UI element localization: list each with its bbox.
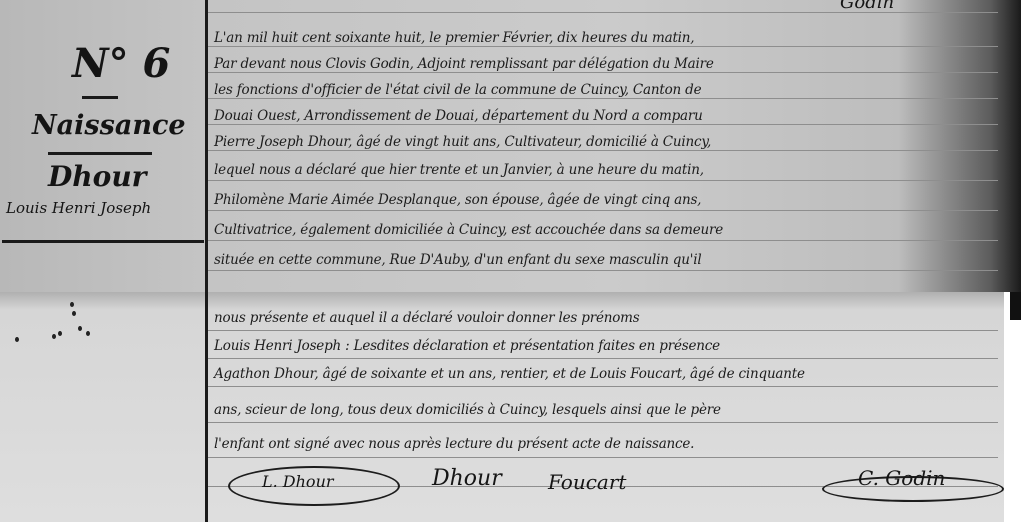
ruled-line [208,98,998,99]
ruled-line [208,180,998,181]
body-line: Louis Henri Joseph : Lesdites déclaratio… [214,338,720,354]
body-line: nous présente et auquel il a déclaré vou… [214,310,640,326]
register-page: N° 6 Naissance Dhour Louis Henri Joseph … [0,0,1021,522]
signature-foucart: Foucart [548,470,626,494]
body-line: l'enfant ont signé avec nous après lectu… [214,436,694,452]
body-line: ans, scieur de long, tous deux domicilié… [214,402,721,418]
ruled-line [208,330,998,331]
ruled-line [208,72,998,73]
signature-dhour: Dhour [432,466,502,491]
divider [48,152,152,155]
body-line: Par devant nous Clovis Godin, Adjoint re… [214,56,714,72]
body-line: Philomène Marie Aimée Desplanque, son ép… [214,192,701,208]
act-type: Naissance [32,110,186,141]
body-line: Agathon Dhour, âgé de soixante et un ans… [214,366,805,382]
body-line: lequel nous a déclaré que hier trente et… [214,162,704,178]
margin-divider [2,240,204,243]
child-given-names: Louis Henri Joseph [6,199,151,217]
body-line: Pierre Joseph Dhour, âgé de vingt huit a… [214,134,711,150]
margin-annotation: N° 6 Naissance Dhour Louis Henri Joseph [0,0,205,292]
ruled-line [208,422,998,423]
ruled-line [208,457,998,458]
body-line: les fonctions d'officier de l'état civil… [214,82,701,98]
scan-edge [1004,292,1021,522]
ruled-line [208,46,998,47]
body-line: Douai Ouest, Arrondissement de Douai, dé… [214,108,703,124]
ruled-line [208,150,998,151]
ruled-line [208,240,998,241]
body-line: L'an mil huit cent soixante huit, le pre… [214,30,694,46]
ruled-line [208,386,998,387]
child-surname: Dhour [48,160,146,193]
margin-rule [205,0,208,522]
signature-l-dhour: L. Dhour [262,472,334,491]
divider [82,96,118,99]
ruled-line [208,270,998,271]
signature-c-godin: C. Godin [858,466,945,490]
scan-edge-dark [1010,292,1021,320]
ruled-line [208,210,998,211]
ruled-line [208,124,998,125]
ruled-line [208,358,998,359]
entry-number: N° 6 [72,40,170,87]
header-signature-fragment: Godin [840,0,894,13]
body-line: Cultivatrice, également domiciliée à Cui… [214,222,723,238]
body-line: située en cette commune, Rue D'Auby, d'u… [214,252,701,268]
